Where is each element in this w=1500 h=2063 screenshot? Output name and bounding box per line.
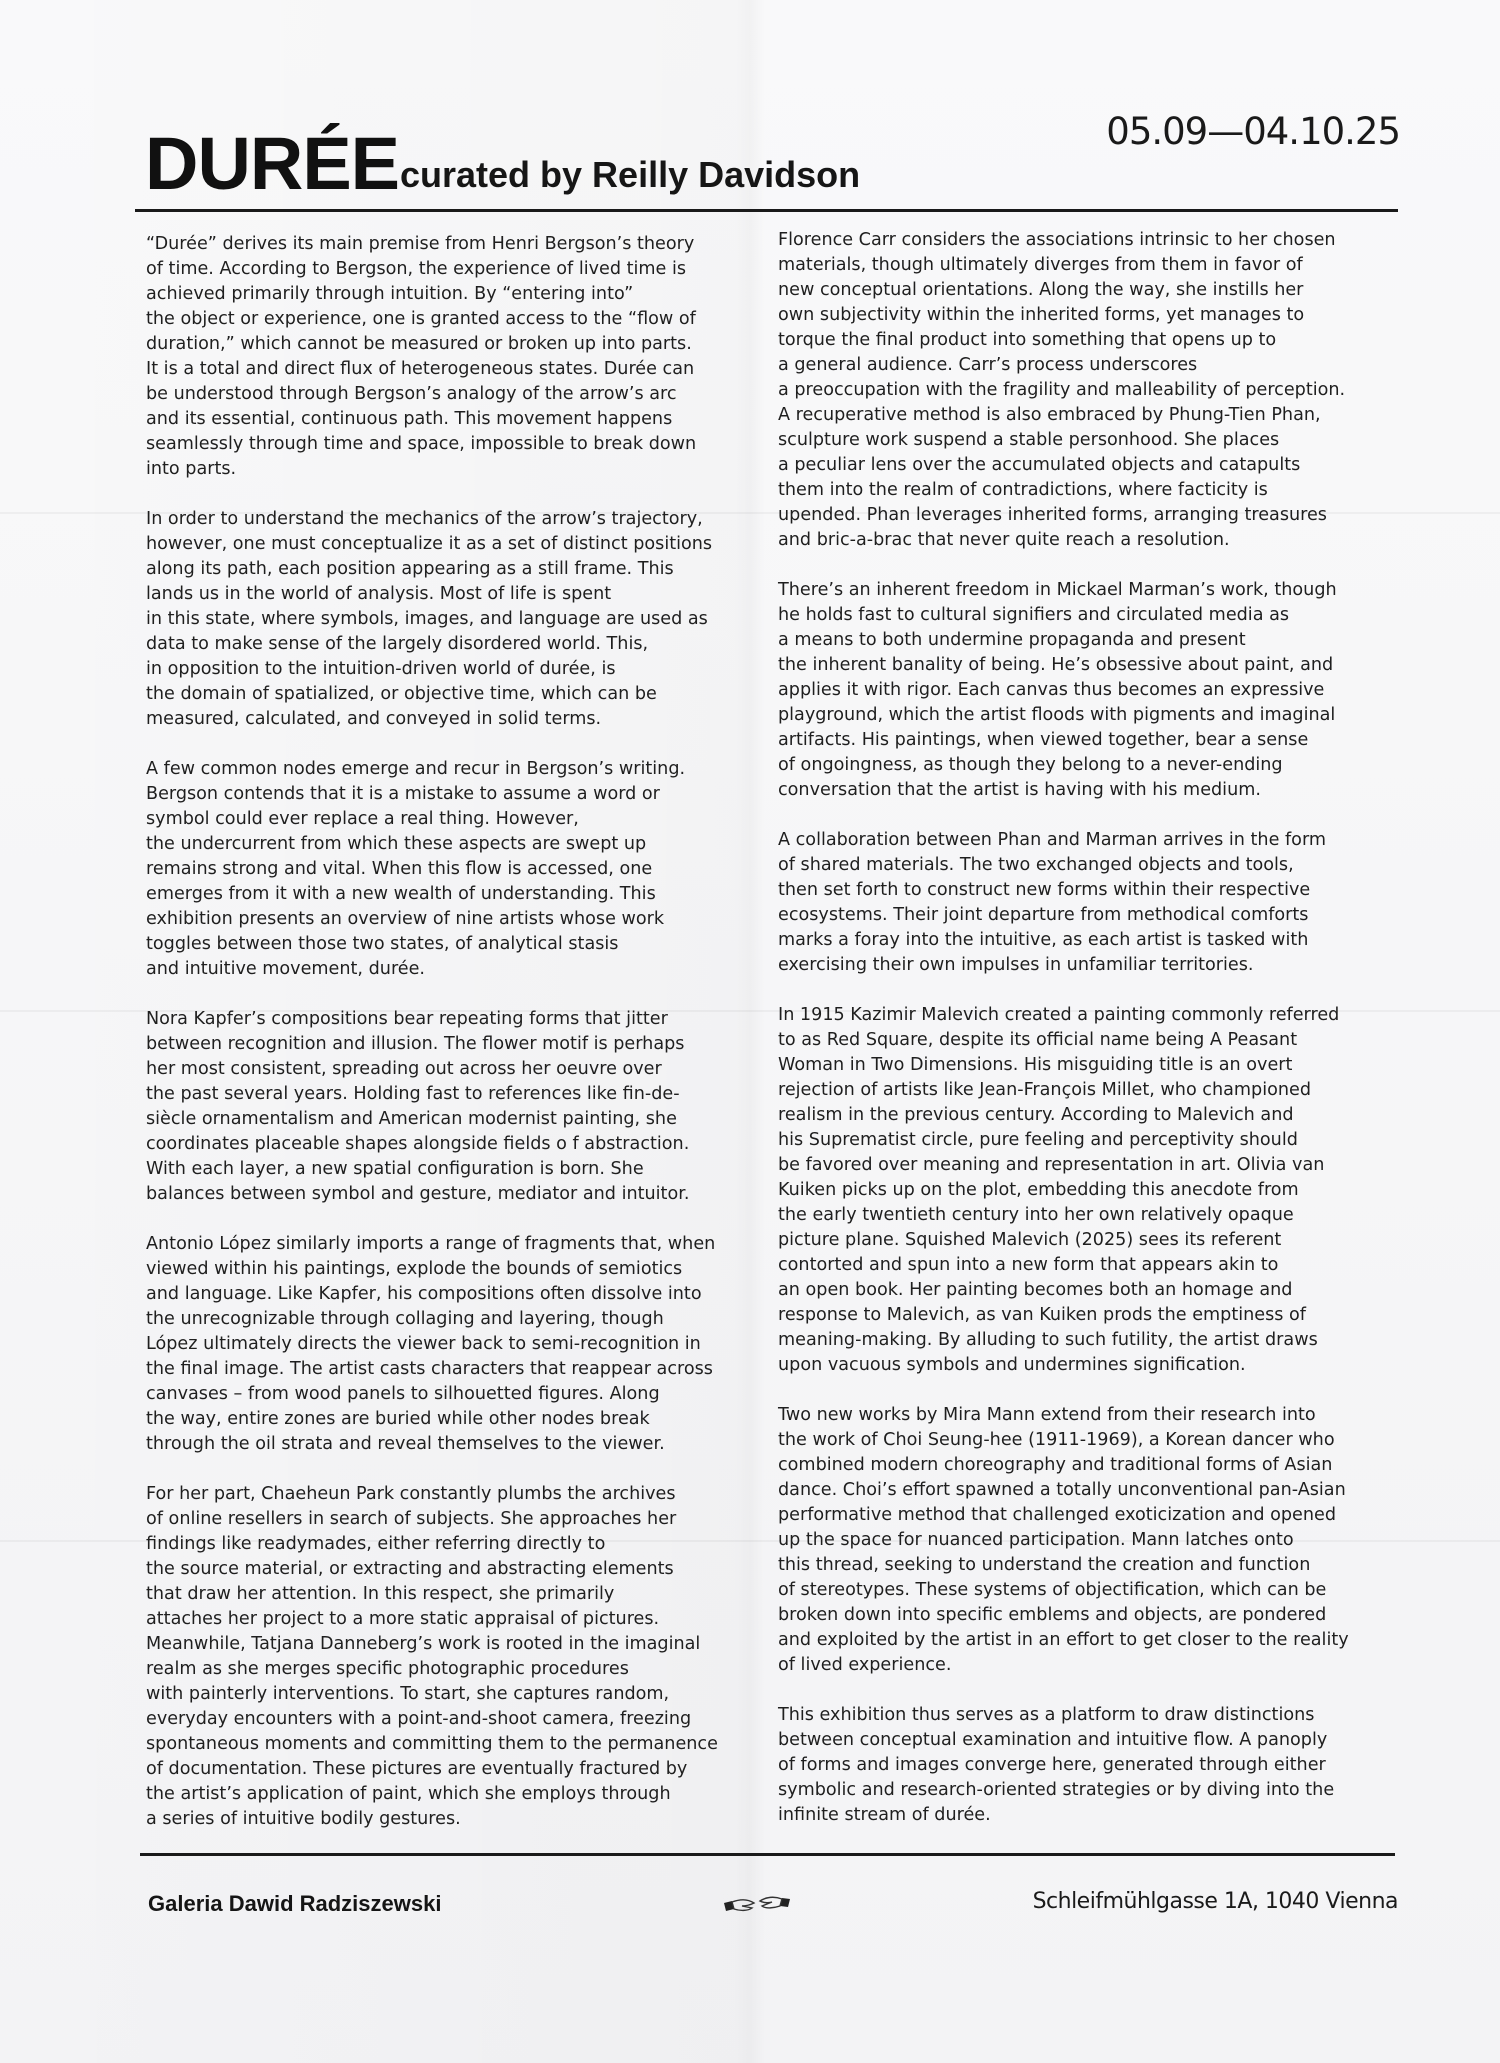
gallery-name: Galeria Dawid Radziszewski <box>148 1891 441 1917</box>
header-divider <box>135 209 1398 212</box>
paragraph-nora-kapfer: Nora Kapfer’s compositions bear repeatin… <box>146 1007 768 1207</box>
paragraph-mickael-marman: There’s an inherent freedom in Mickael M… <box>778 578 1400 803</box>
paragraph-mira-mann: Two new works by Mira Mann extend from t… <box>778 1403 1400 1678</box>
exhibition-dates: 05.09—04.10.25 <box>1106 110 1400 154</box>
left-text-column: “Durée” derives its main premise from He… <box>146 232 768 1857</box>
paragraph-antonio-lopez: Antonio López similarly imports a range … <box>146 1232 768 1457</box>
gallery-address: Schleifmühlgasse 1A, 1040 Vienna <box>1033 1889 1398 1914</box>
exhibition-header: DURÉE curated by Reilly Davidson 05.09—0… <box>145 110 1400 210</box>
paragraph-arrow-trajectory: In order to understand the mechanics of … <box>146 507 768 732</box>
two-hands-reaching-icon <box>722 1889 792 1919</box>
paragraph-conclusion: This exhibition thus serves as a platfor… <box>778 1703 1400 1828</box>
footer-divider <box>140 1853 1395 1856</box>
paragraph-park-danneberg: For her part, Chaeheun Park constantly p… <box>146 1482 768 1832</box>
footer: Galeria Dawid Radziszewski Schleifmühlga… <box>148 1885 1398 1925</box>
right-text-column: Florence Carr considers the associations… <box>778 228 1400 1853</box>
paragraph-common-nodes: A few common nodes emerge and recur in B… <box>146 757 768 982</box>
exhibition-title: DURÉE <box>145 124 399 204</box>
paragraph-phan-marman-collaboration: A collaboration between Phan and Marman … <box>778 828 1400 978</box>
paragraph-carr-phan: Florence Carr considers the associations… <box>778 228 1400 553</box>
paragraph-intro-bergson: “Durée” derives its main premise from He… <box>146 232 768 482</box>
curator-credit: curated by Reilly Davidson <box>400 152 860 198</box>
paragraph-malevich-van-kuiken: In 1915 Kazimir Malevich created a paint… <box>778 1003 1400 1378</box>
